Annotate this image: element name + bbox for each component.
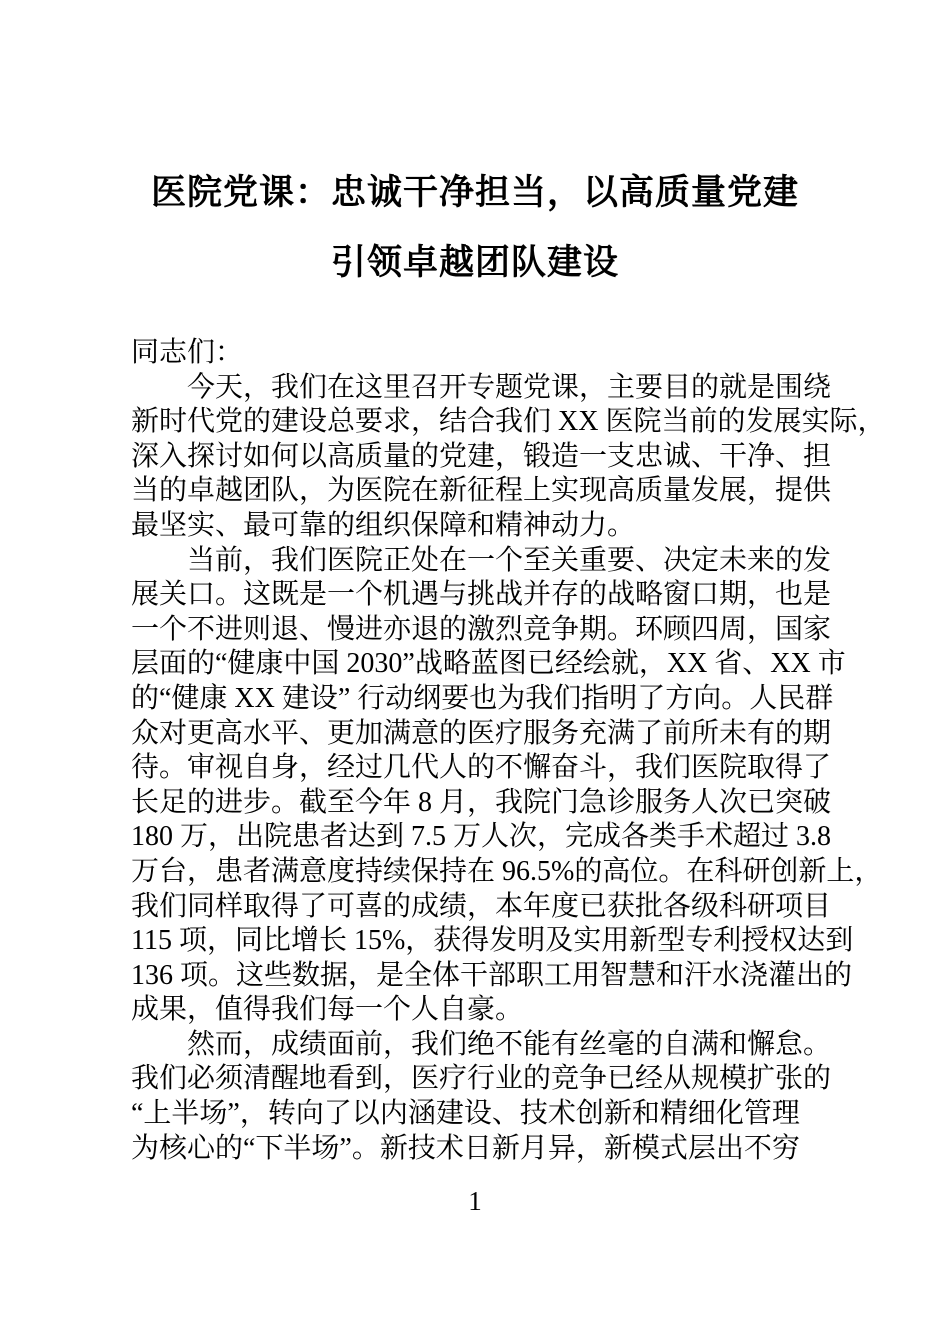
text-line: 展关口。这既是一个机遇与挑战并存的战略窗口期，也是 bbox=[131, 578, 843, 613]
text-line: 万台，患者满意度持续保持在 96.5%的高位。在科研创新上， bbox=[131, 855, 843, 890]
text-line: 待。审视自身，经过几代人的不懈奋斗，我们医院取得了 bbox=[131, 751, 843, 786]
text-line: 136 项。这些数据，是全体干部职工用智慧和汗水浇灌出的 bbox=[131, 959, 843, 994]
document-title-line-1: 医院党课：忠诚干净担当，以高质量党建 bbox=[0, 158, 950, 228]
text-line: 长足的进步。截至今年 8 月，我院门急诊服务人次已突破 bbox=[131, 786, 843, 821]
text-line: 一个不进则退、慢进亦退的激烈竞争期。环顾四周，国家 bbox=[131, 613, 843, 648]
text-line: “上半场”，转向了以内涵建设、技术创新和精细化管理 bbox=[131, 1097, 843, 1132]
text-line: 今天，我们在这里召开专题党课，主要目的就是围绕 bbox=[131, 371, 843, 406]
text-line: 为核心的“下半场”。新技术日新月异，新模式层出不穷 bbox=[131, 1132, 843, 1167]
text-line: 新时代党的建设总要求，结合我们 XX 医院当前的发展实际， bbox=[131, 405, 843, 440]
text-line: 众对更高水平、更加满意的医疗服务充满了前所未有的期 bbox=[131, 717, 843, 752]
text-line: 层面的“健康中国 2030”战略蓝图已经绘就，XX 省、XX 市 bbox=[131, 647, 843, 682]
text-line: 然而，成绩面前，我们绝不能有丝毫的自满和懈怠。 bbox=[131, 1028, 843, 1063]
document-body: 同志们： 今天，我们在这里召开专题党课，主要目的就是围绕新时代党的建设总要求，结… bbox=[131, 336, 843, 1166]
document-title-line-2: 引领卓越团队建设 bbox=[0, 228, 950, 298]
text-line: 成果，值得我们每一个人自豪。 bbox=[131, 993, 843, 1028]
text-line: 115 项，同比增长 15%，获得发明及实用新型专利授权达到 bbox=[131, 924, 843, 959]
text-line: 当前，我们医院正处在一个至关重要、决定未来的发 bbox=[131, 544, 843, 579]
text-line: 最坚实、最可靠的组织保障和精神动力。 bbox=[131, 509, 843, 544]
text-line: 同志们： bbox=[131, 336, 843, 371]
document-page: 医院党课：忠诚干净担当，以高质量党建 引领卓越团队建设 同志们： 今天，我们在这… bbox=[0, 0, 950, 1344]
document-title: 医院党课：忠诚干净担当，以高质量党建 引领卓越团队建设 bbox=[0, 158, 950, 298]
text-line: 深入探讨如何以高质量的党建，锻造一支忠诚、干净、担 bbox=[131, 440, 843, 475]
text-line: 180 万，出院患者达到 7.5 万人次，完成各类手术超过 3.8 bbox=[131, 820, 843, 855]
text-line: 我们必须清醒地看到，医疗行业的竞争已经从规模扩张的 bbox=[131, 1062, 843, 1097]
text-line: 当的卓越团队，为医院在新征程上实现高质量发展，提供 bbox=[131, 474, 843, 509]
text-line: 的“健康 XX 建设” 行动纲要也为我们指明了方向。人民群 bbox=[131, 682, 843, 717]
page-number: 1 bbox=[0, 1184, 950, 1218]
text-line: 我们同样取得了可喜的成绩，本年度已获批各级科研项目 bbox=[131, 890, 843, 925]
